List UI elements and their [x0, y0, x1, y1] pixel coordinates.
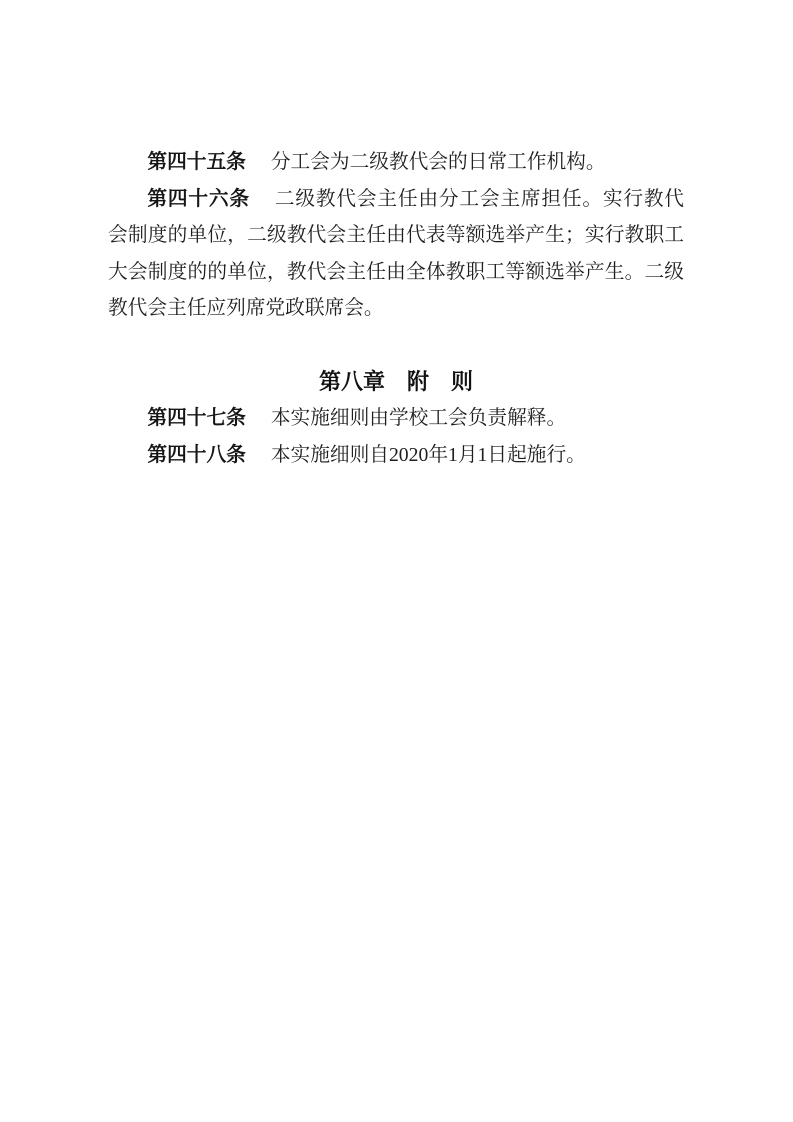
- article-45-paragraph: 第四十五条分工会为二级教代会的日常工作机构。: [108, 144, 684, 181]
- article-45-number: 第四十五条: [147, 151, 245, 173]
- article-46-number: 第四十六条: [147, 188, 249, 210]
- article-45-text: 分工会为二级教代会的日常工作机构。: [271, 151, 606, 173]
- page-content: 第四十五条分工会为二级教代会的日常工作机构。 第四十六条二级教代会主任由分工会主…: [108, 144, 684, 473]
- article-47-text: 本实施细则由学校工会负责解释。: [271, 407, 566, 429]
- chapter-heading: 第八章 附 则: [108, 364, 684, 401]
- article-48-text: 本实施细则自2020年1月1日起施行。: [271, 444, 586, 466]
- article-47-paragraph: 第四十七条本实施细则由学校工会负责解释。: [108, 400, 684, 437]
- article-47-number: 第四十七条: [147, 407, 245, 429]
- article-46-paragraph: 第四十六条二级教代会主任由分工会主席担任。实行教代会制度的单位，二级教代会主任由…: [108, 181, 684, 327]
- article-48-number: 第四十八条: [147, 444, 245, 466]
- document-page: 第四十五条分工会为二级教代会的日常工作机构。 第四十六条二级教代会主任由分工会主…: [0, 0, 793, 1122]
- article-48-paragraph: 第四十八条本实施细则自2020年1月1日起施行。: [108, 437, 684, 474]
